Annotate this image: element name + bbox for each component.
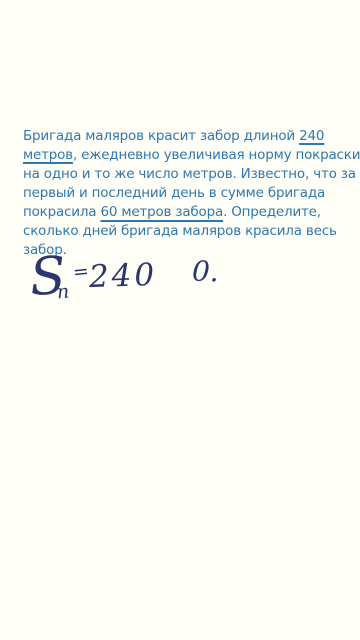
problem-line-6: сколько дней бригада маляров красила вес…	[23, 222, 360, 241]
underlined-value-240: 240	[299, 128, 324, 144]
problem-line-4: первый и последний день в сумме бригада	[23, 184, 360, 203]
problem-text-segment: на одно и то же число метров. Известно, …	[23, 166, 356, 182]
problem-line-3: на одно и то же число метров. Известно, …	[23, 165, 360, 184]
worksheet-page: Бригада маляров красит забор длиной 240 …	[0, 0, 360, 640]
problem-statement: Бригада маляров красит забор длиной 240 …	[23, 127, 360, 260]
handwritten-subscript-n: n	[56, 283, 70, 303]
problem-text-segment: , ежедневно увеличивая норму покраски	[73, 147, 360, 163]
handwritten-equals-sign: =	[72, 262, 89, 282]
problem-text-segment: сколько дней бригада маляров красила вес…	[23, 223, 337, 239]
problem-text-segment: Бригада маляров красит забор длиной	[23, 128, 299, 144]
problem-line-1: Бригада маляров красит забор длиной 240	[23, 127, 360, 146]
handwritten-value-240: 240	[88, 260, 157, 293]
problem-text-segment: покрасила	[23, 204, 100, 220]
problem-text-segment: . Определите,	[223, 204, 321, 220]
problem-line-5: покрасила 60 метров забора. Определите,	[23, 203, 360, 222]
handwritten-zero-note: 0.	[192, 258, 220, 287]
underlined-value-60-metrov: 60 метров забора	[100, 204, 223, 220]
problem-text-segment: первый и последний день в сумме бригада	[23, 185, 325, 201]
problem-line-2: метров, ежедневно увеличивая норму покра…	[23, 146, 360, 165]
underlined-word-metrov: метров	[23, 147, 73, 163]
